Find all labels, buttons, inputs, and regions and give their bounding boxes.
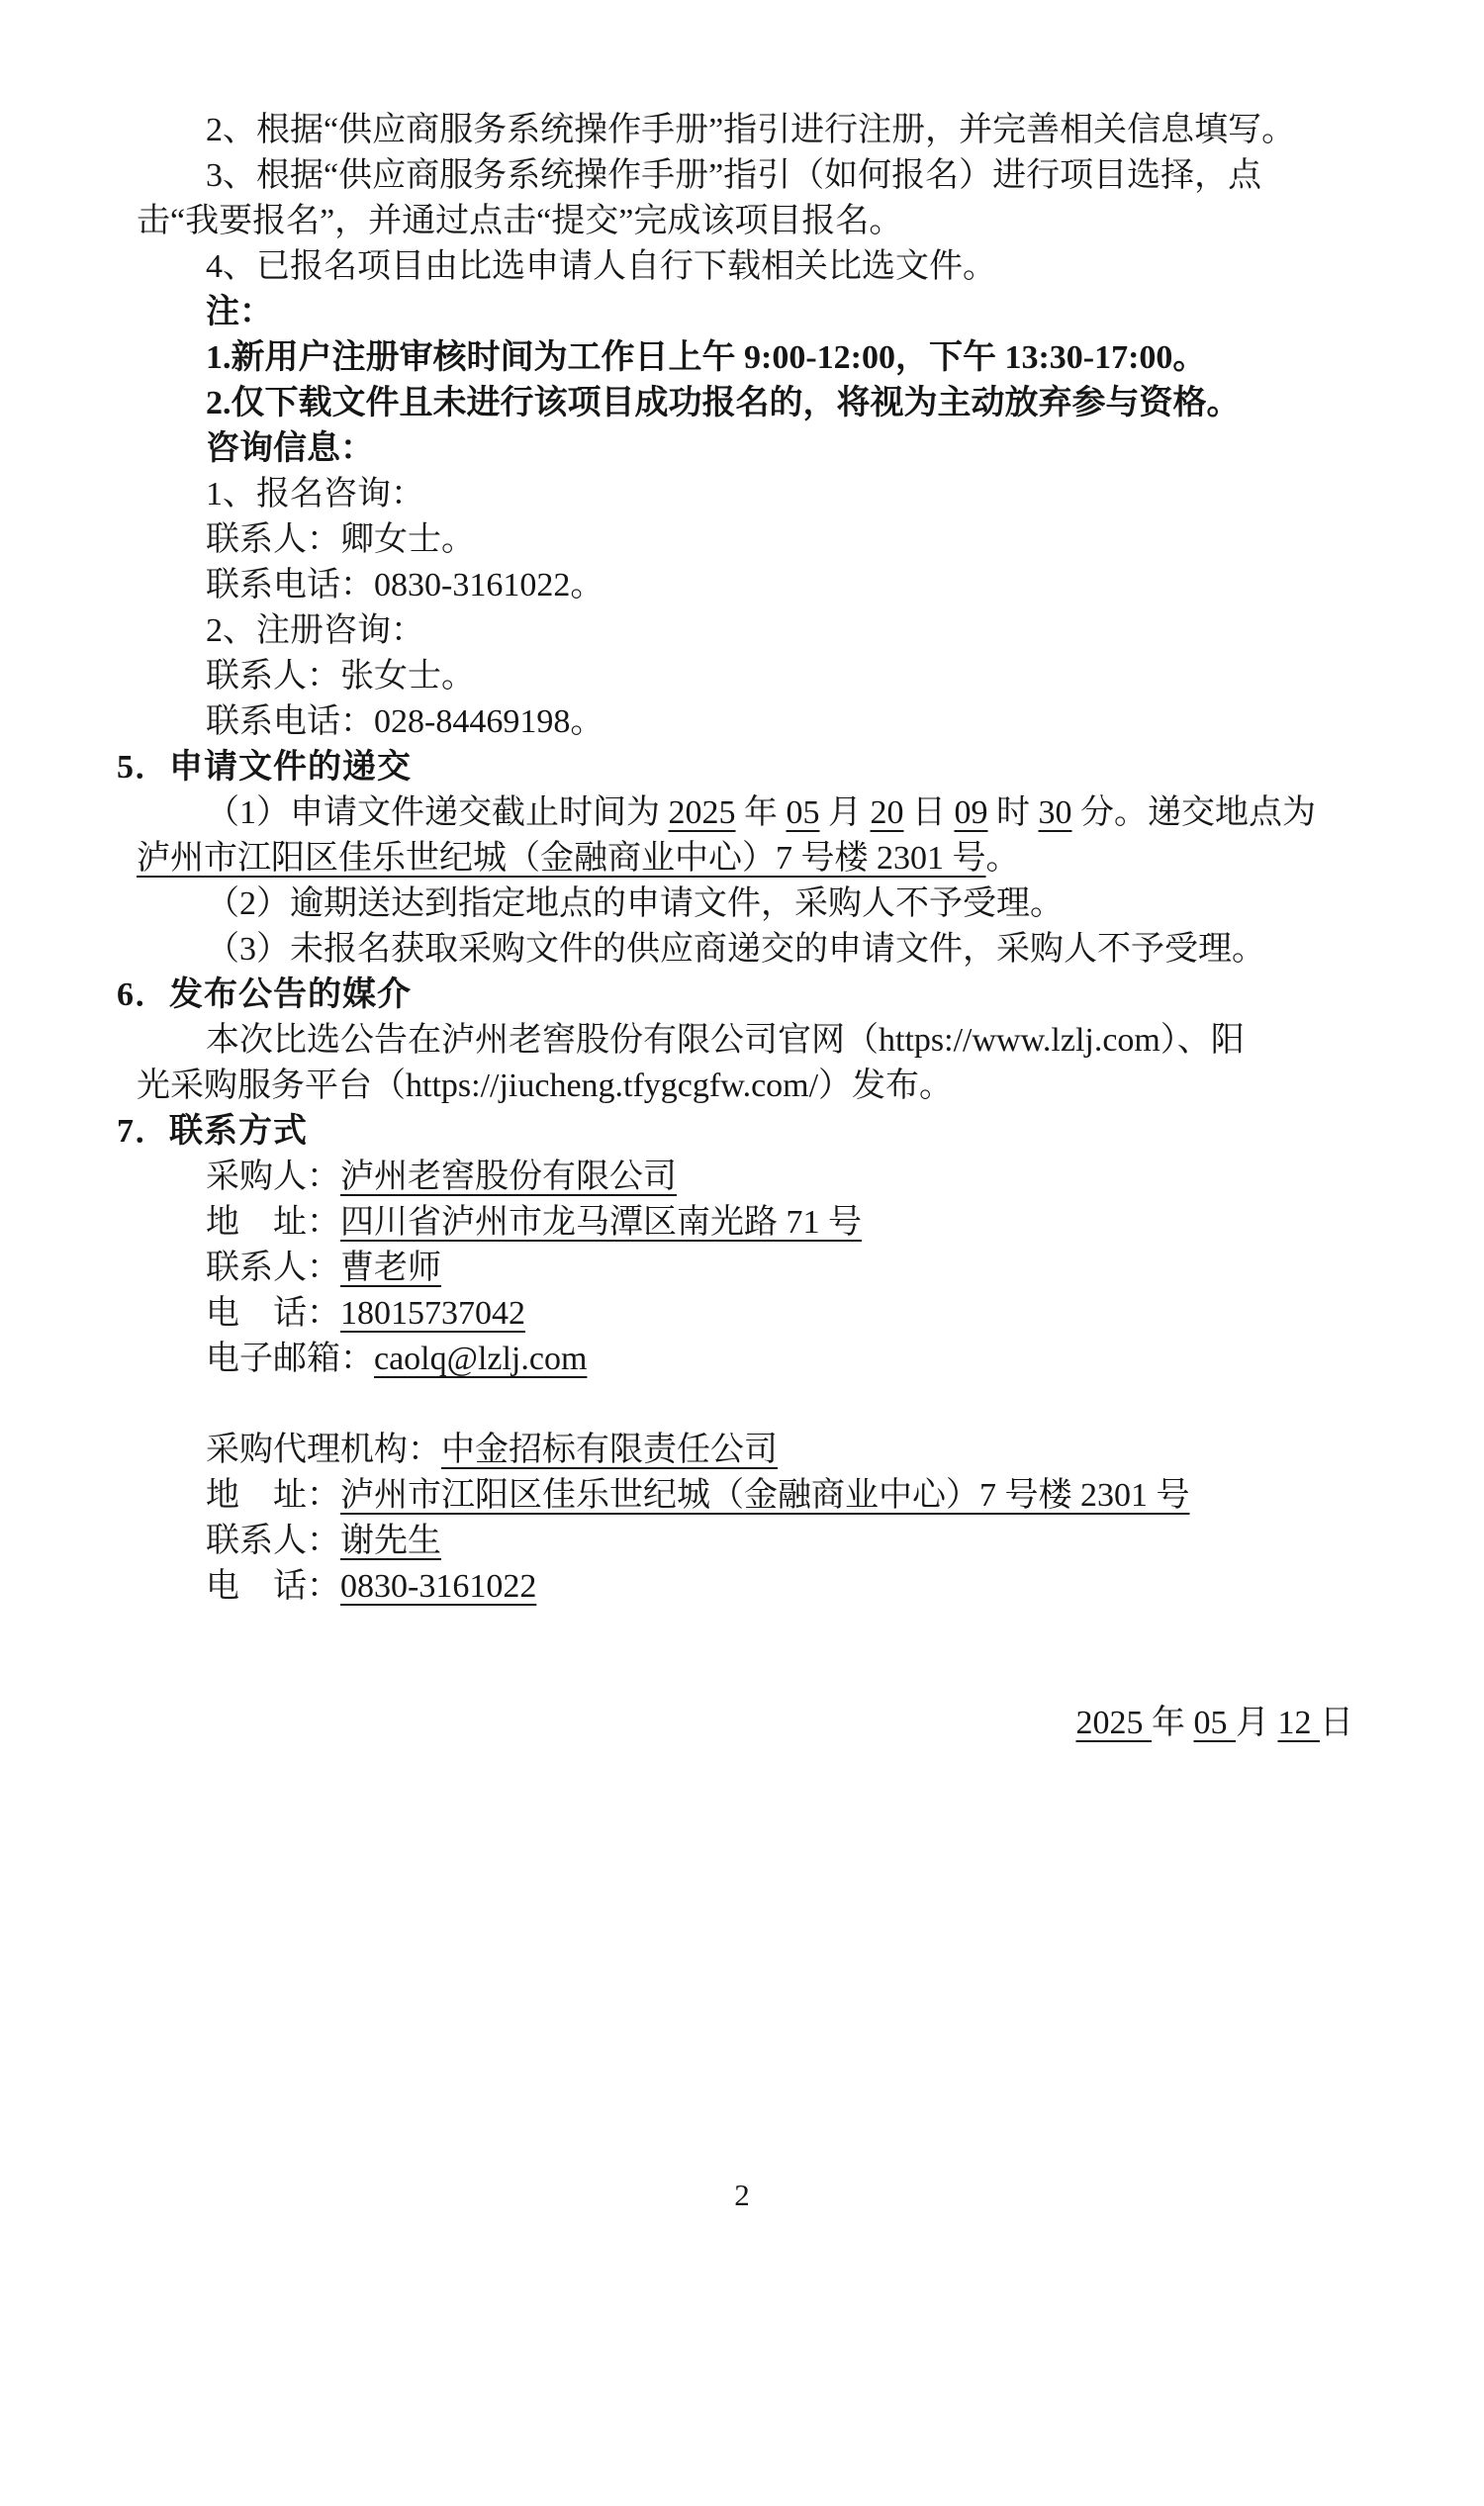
consult-info-heading: 咨询信息： xyxy=(137,426,1444,472)
overdue-rule-line: （2）逾期送达到指定地点的申请文件，采购人不予受理。 xyxy=(137,882,1444,927)
step-4-line: 4、已报名项目由比选申请人自行下载相关比选文件。 xyxy=(137,244,1444,290)
agency-contact-name: 谢先生 xyxy=(340,1523,441,1559)
issue-date-line: 2025 年 05 月 12 日 xyxy=(137,1701,1444,1746)
blank-line xyxy=(137,1382,1444,1428)
page-content: 2、根据“供应商服务系统操作手册”指引进行注册，并完善相关信息填写。 3、根据“… xyxy=(137,108,1444,1746)
purchaser-contact-line: 联系人：曹老师 xyxy=(137,1246,1444,1291)
signup-consult-title: 1、报名咨询： xyxy=(137,472,1444,517)
deadline-day-unit: 日 xyxy=(904,794,955,831)
deadline-month-unit: 月 xyxy=(820,794,871,831)
issue-date-month-unit: 月 xyxy=(1236,1705,1278,1741)
register-contact-line: 联系人：张女士。 xyxy=(137,654,1444,699)
agency-line: 采购代理机构：中金招标有限责任公司 xyxy=(137,1428,1444,1473)
submission-address-line: 泸州市江阳区佳乐世纪城（金融商业中心）7 号楼 2301 号。 xyxy=(137,836,1444,882)
note-heading: 注： xyxy=(137,290,1444,335)
signup-contact-line: 联系人：卿女士。 xyxy=(137,517,1444,563)
purchaser-phone-line: 电 话：18015737042 xyxy=(137,1291,1444,1337)
submission-address-period: 。 xyxy=(986,840,1020,877)
agency-phone-label: 电 话： xyxy=(206,1568,340,1605)
deadline-month: 05 xyxy=(787,794,820,831)
deadline-prefix: （1）申请文件递交截止时间为 xyxy=(206,794,669,831)
step-3-line-1: 3、根据“供应商服务系统操作手册”指引（如何报名）进行项目选择，点 xyxy=(137,153,1444,199)
register-consult-title: 2、注册咨询： xyxy=(137,608,1444,654)
signup-phone-line: 联系电话：0830-3161022。 xyxy=(137,563,1444,608)
agency-phone-line: 电 话：0830-3161022 xyxy=(137,1564,1444,1610)
submission-address: 泸州市江阳区佳乐世纪城（金融商业中心）7 号楼 2301 号 xyxy=(137,840,986,877)
agency-address-label: 地 址： xyxy=(206,1477,340,1514)
issue-date-month: 05 xyxy=(1194,1705,1237,1741)
deadline-suffix: 分。递交地点为 xyxy=(1072,794,1317,831)
purchaser-email-label: 电子邮箱： xyxy=(206,1341,374,1377)
deadline-year-unit: 年 xyxy=(736,794,787,831)
purchaser-email-line: 电子邮箱：caolq@lzlj.com xyxy=(137,1337,1444,1382)
section-5-heading: 5．申请文件的递交 xyxy=(117,745,1444,790)
purchaser-contact-label: 联系人： xyxy=(206,1250,340,1286)
issue-date-day-unit: 日 xyxy=(1320,1705,1353,1741)
register-phone-line: 联系电话：028-84469198。 xyxy=(137,699,1444,745)
media-line-1: 本次比选公告在泸州老窖股份有限公司官网（https://www.lzlj.com… xyxy=(137,1018,1444,1064)
purchaser-phone-label: 电 话： xyxy=(206,1295,340,1332)
deadline-year: 2025 xyxy=(669,794,736,831)
step-3-line-2: 击“我要报名”，并通过点击“提交”完成该项目报名。 xyxy=(137,199,1444,244)
agency-name: 中金招标有限责任公司 xyxy=(441,1432,778,1468)
purchaser-name: 泸州老窖股份有限公司 xyxy=(340,1159,677,1195)
agency-label: 采购代理机构： xyxy=(206,1432,441,1468)
agency-phone: 0830-3161022 xyxy=(340,1568,536,1605)
blank-space xyxy=(137,1610,1444,1701)
section-7-heading: 7．联系方式 xyxy=(117,1109,1444,1155)
deadline-hour-unit: 时 xyxy=(988,794,1039,831)
agency-contact-line: 联系人：谢先生 xyxy=(137,1519,1444,1564)
issue-date-day: 12 xyxy=(1278,1705,1321,1741)
agency-address: 泸州市江阳区佳乐世纪城（金融商业中心）7 号楼 2301 号 xyxy=(340,1477,1190,1514)
agency-contact-label: 联系人： xyxy=(206,1523,340,1559)
purchaser-address-line: 地 址：四川省泸州市龙马潭区南光路 71 号 xyxy=(137,1200,1444,1246)
note-1-line: 1.新用户注册审核时间为工作日上午 9:00-12:00，下午 13:30-17… xyxy=(137,335,1444,381)
deadline-hour: 09 xyxy=(955,794,988,831)
submission-deadline-line: （1）申请文件递交截止时间为 2025 年 05 月 20 日 09 时 30 … xyxy=(137,790,1444,836)
deadline-minute: 30 xyxy=(1039,794,1072,831)
note-2-line: 2.仅下载文件且未进行该项目成功报名的，将视为主动放弃参与资格。 xyxy=(137,381,1444,426)
document-page: 2、根据“供应商服务系统操作手册”指引进行注册，并完善相关信息填写。 3、根据“… xyxy=(0,0,1484,2506)
purchaser-address: 四川省泸州市龙马潭区南光路 71 号 xyxy=(340,1204,862,1241)
purchaser-contact-name: 曹老师 xyxy=(340,1250,441,1286)
issue-date-year-unit: 年 xyxy=(1152,1705,1194,1741)
step-2-line: 2、根据“供应商服务系统操作手册”指引进行注册，并完善相关信息填写。 xyxy=(137,108,1444,153)
agency-address-line: 地 址：泸州市江阳区佳乐世纪城（金融商业中心）7 号楼 2301 号 xyxy=(137,1473,1444,1519)
purchaser-label: 采购人： xyxy=(206,1159,340,1195)
media-line-2: 光采购服务平台（https://jiucheng.tfygcgfw.com/）发… xyxy=(137,1064,1444,1109)
issue-date-year: 2025 xyxy=(1076,1705,1153,1741)
purchaser-email: caolq@lzlj.com xyxy=(374,1341,587,1377)
purchaser-line: 采购人：泸州老窖股份有限公司 xyxy=(137,1155,1444,1200)
section-6-heading: 6．发布公告的媒介 xyxy=(117,973,1444,1018)
page-number: 2 xyxy=(0,2173,1484,2218)
purchaser-phone: 18015737042 xyxy=(340,1295,525,1332)
purchaser-address-label: 地 址： xyxy=(206,1204,340,1241)
deadline-day: 20 xyxy=(871,794,904,831)
unregistered-rule-line: （3）未报名获取采购文件的供应商递交的申请文件，采购人不予受理。 xyxy=(137,927,1444,973)
